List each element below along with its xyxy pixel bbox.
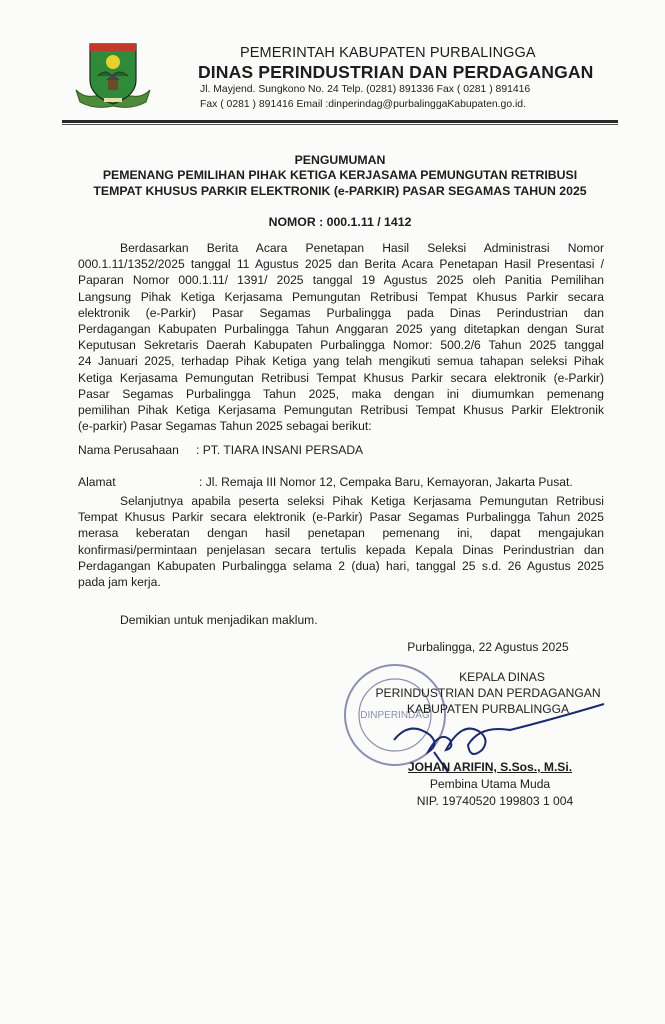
paragraph-line: pemilihan Pihak Ketiga Kerjasama Pemungu… bbox=[78, 402, 604, 418]
letterhead-divider-thin bbox=[62, 124, 618, 125]
announcement-heading: PENGUMUMAN bbox=[62, 153, 618, 167]
document-page: PEMERINTAH KABUPATEN PURBALINGGA DINAS P… bbox=[0, 0, 665, 1024]
agency-name: DINAS PERINDUSTRIAN DAN PERDAGANGAN bbox=[198, 62, 593, 83]
announcement-subtitle-2: TEMPAT KHUSUS PARKIR ELEKTRONIK (e-PARKI… bbox=[62, 184, 618, 198]
paragraph-2: Selanjutnya apabila peserta seleksi Piha… bbox=[78, 493, 604, 590]
paragraph-line: Pasar Segamas Purbalingga Tahun 2025, ma… bbox=[78, 386, 604, 402]
signature-place-date: Purbalingga, 22 Agustus 2025 bbox=[378, 640, 598, 654]
paragraph-line: pada jam kerja. bbox=[78, 574, 604, 590]
paragraph-line: Perdagangan Kabupaten Purbalingga selama… bbox=[78, 558, 604, 574]
paragraph-line: Keputusan Sekretaris Daerah Kabupaten Pu… bbox=[78, 337, 604, 353]
paragraph-1: Berdasarkan Berita Acara Penetapan Hasil… bbox=[78, 240, 604, 434]
agency-contact: Fax ( 0281 ) 891416 Email :dinperindag@p… bbox=[200, 99, 526, 110]
paragraph-line: Selanjutnya apabila peserta seleksi Piha… bbox=[78, 493, 604, 509]
announcement-number: NOMOR : 000.1.11 / 1412 bbox=[62, 215, 618, 229]
purbalingga-coat-of-arms-icon bbox=[72, 40, 154, 112]
signatory-rank: Pembina Utama Muda bbox=[400, 777, 580, 791]
closing-statement: Demikian untuk menjadikan maklum. bbox=[120, 613, 318, 627]
paragraph-line: Perdagangan Kabupaten Purbalingga Tahun … bbox=[78, 321, 604, 337]
paragraph-line: Ketiga Kerjasama Pemungutan Retribusi Te… bbox=[78, 370, 604, 386]
signatory-title-1: KEPALA DINAS bbox=[392, 670, 612, 684]
paragraph-line: (e-parkir) Pasar Segamas Tahun 2025 seba… bbox=[78, 418, 604, 434]
address-value: : Jl. Remaja III Nomor 12, Cempaka Baru,… bbox=[199, 475, 573, 489]
paragraph-line: 24 Januari 2025, terhadap Pihak Ketiga y… bbox=[78, 353, 604, 369]
company-label: Nama Perusahaan bbox=[78, 443, 196, 457]
address-field: Alamat: Jl. Remaja III Nomor 12, Cempaka… bbox=[78, 475, 573, 489]
company-value: : PT. TIARA INSANI PERSADA bbox=[196, 443, 363, 457]
paragraph-line: konfirmasi/permintaan penjelasan secara … bbox=[78, 542, 604, 558]
company-field: Nama Perusahaan: PT. TIARA INSANI PERSAD… bbox=[78, 443, 363, 457]
signatory-name: JOHAN ARIFIN, S.Sos., M.Si. bbox=[390, 760, 590, 774]
agency-address: Jl. Mayjend. Sungkono No. 24 Telp. (0281… bbox=[200, 84, 530, 95]
paragraph-line: elektronik (e-Parkir) Pasar Segamas Purb… bbox=[78, 305, 604, 321]
signatory-nip: NIP. 19740520 199803 1 004 bbox=[385, 794, 605, 808]
paragraph-line: Tempat Khusus Parkir secara elektronik (… bbox=[78, 509, 604, 525]
government-name: PEMERINTAH KABUPATEN PURBALINGGA bbox=[240, 45, 536, 61]
paragraph-line: 000.1.11/1352/2025 tanggal 11 Agustus 20… bbox=[78, 256, 604, 272]
paragraph-line: Berdasarkan Berita Acara Penetapan Hasil… bbox=[78, 240, 604, 256]
letterhead-divider bbox=[62, 120, 618, 123]
paragraph-line: merasa keberatan dengan hasil penetapan … bbox=[78, 525, 604, 541]
address-label: Alamat bbox=[78, 475, 199, 489]
announcement-subtitle-1: PEMENANG PEMILIHAN PIHAK KETIGA KERJASAM… bbox=[62, 168, 618, 182]
paragraph-line: Paparan Nomor 000.1.11/ 1391/ 2025 tangg… bbox=[78, 272, 604, 288]
paragraph-line: Langsung Pihak Ketiga Kerjasama Pemungut… bbox=[78, 289, 604, 305]
